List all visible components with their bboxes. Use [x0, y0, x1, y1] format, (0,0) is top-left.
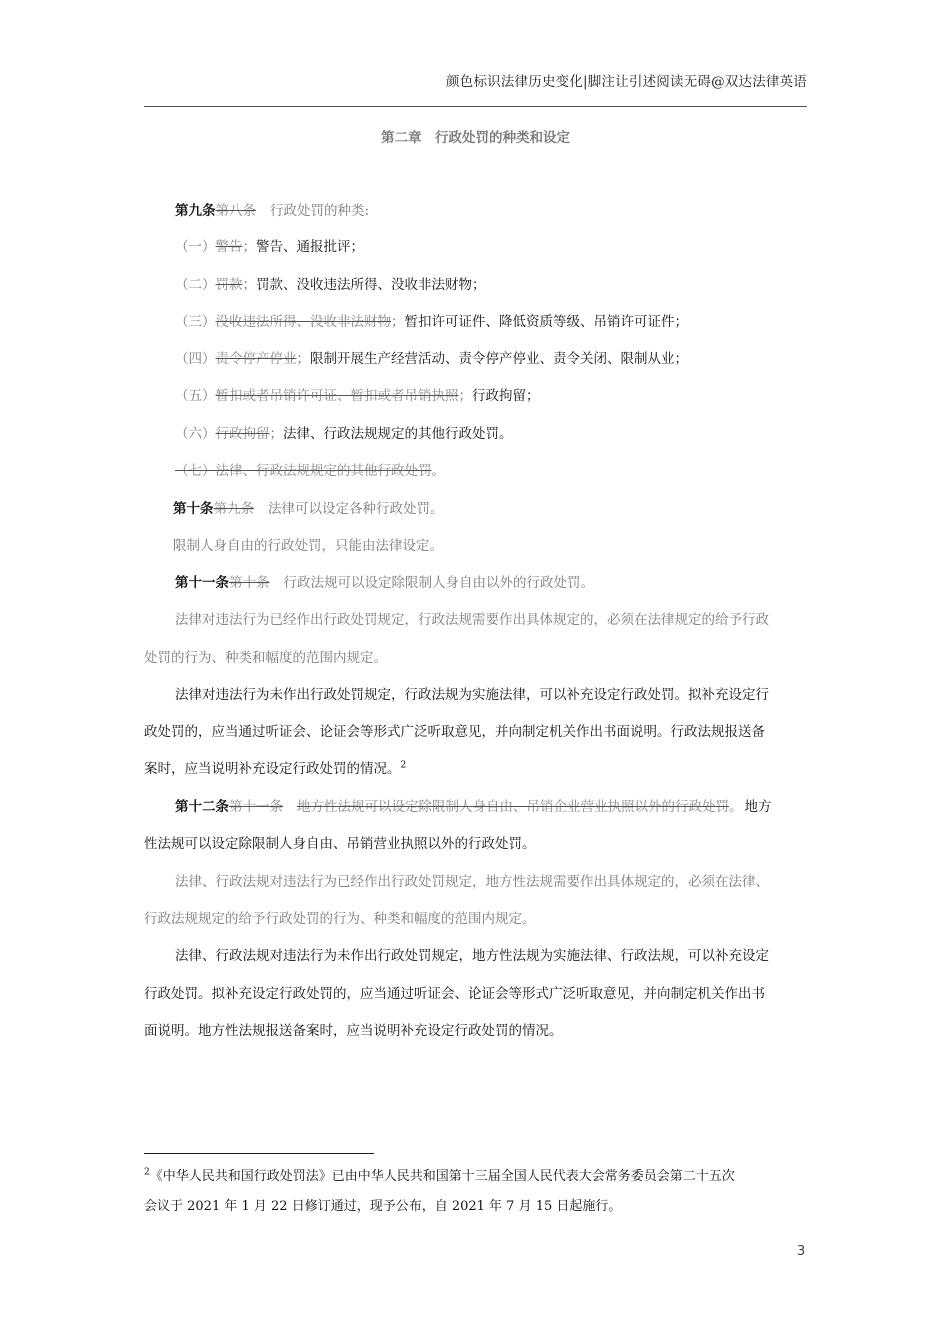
article-intro: 行政处罚的种类:	[270, 203, 369, 219]
paragraph-text: 行政法规可以设定除限制人身自由以外的行政处罚。	[284, 575, 595, 591]
inserted-text: 罚款、没收违法所得、没收非法财物；	[256, 277, 486, 293]
item-number: （五）	[175, 388, 216, 404]
separator: ；	[297, 351, 311, 367]
separator: ；	[391, 314, 405, 330]
paragraph-line: 案时，应当说明补充设定行政处罚的情况。2	[144, 760, 406, 778]
footnote-line: 会议于 2021 年 1 月 22 日修订通过，现予公布，自 2021 年 7 …	[144, 1198, 621, 1216]
item-number: （一）	[175, 239, 216, 255]
list-item: （六）行政拘留；法律、行政法规规定的其他行政处罚。	[175, 425, 513, 443]
paragraph-line: 法律、行政法规对违法行为未作出行政处罚规定，地方性法规为实施法律、行政法规，可以…	[175, 947, 769, 965]
article-label-new: 第十一条	[175, 575, 229, 591]
header-divider	[144, 106, 807, 107]
article-11-heading: 第十一条第十条行政法规可以设定除限制人身自由以外的行政处罚。	[175, 574, 594, 592]
item-number: （六）	[175, 426, 216, 442]
item-number: （二）	[175, 277, 216, 293]
deleted-text: 警告	[216, 239, 243, 255]
separator: 。	[729, 799, 743, 815]
inserted-text: 地方	[745, 799, 772, 815]
paragraph-text: 案时，应当说明补充设定行政处罚的情况。	[144, 761, 401, 777]
inserted-text: 限制开展生产经营活动、责令停产停业、责令关闭、限制从业；	[310, 351, 688, 367]
footnote-reference[interactable]: 2	[401, 761, 407, 771]
paragraph-line: 行政处罚。拟补充设定行政处罚的，应当通过听证会、论证会等形式广泛听取意见，并向制…	[144, 985, 765, 1003]
article-10-heading: 第十条第九条法律可以设定各种行政处罚。	[173, 500, 444, 518]
article-9-heading: 第九条第八条行政处罚的种类:	[175, 202, 369, 220]
article-12-heading: 第十二条第十一条地方性法规可以设定除限制人身自由、吊销企业营业执照以外的行政处罚…	[175, 798, 772, 816]
footnote-divider	[144, 1153, 374, 1154]
article-label-new: 第十二条	[175, 799, 229, 815]
deleted-text: 责令停产停业	[216, 351, 297, 367]
deleted-text: （七）法律、行政法规规定的其他行政处罚	[175, 463, 432, 479]
list-item: （一）警告；警告、通报批评；	[175, 238, 364, 256]
inserted-text: 行政拘留；	[472, 388, 540, 404]
list-item: （四）责令停产停业；限制开展生产经营活动、责令停产停业、责令关闭、限制从业；	[175, 350, 688, 368]
article-label-new: 第九条	[175, 203, 216, 219]
paragraph-line: 法律对违法行为未作出行政处罚规定，行政法规为实施法律，可以补充设定行政处罚。拟补…	[175, 686, 769, 704]
paragraph-line: 行政法规规定的给予行政处罚的行为、种类和幅度的范围内规定。	[144, 910, 536, 928]
deleted-text: 地方性法规可以设定除限制人身自由、吊销企业营业执照以外的行政处罚	[297, 799, 729, 815]
deleted-text: 暂扣或者吊销许可证、暂扣或者吊销执照	[216, 388, 459, 404]
item-number: （三）	[175, 314, 216, 330]
document-page: 颜色标识法律历史变化|脚注让引述阅读无碍@双达法律英语 第二章 行政处罚的种类和…	[0, 0, 950, 1344]
footnote-text: 《中华人民共和国行政处罚法》已由中华人民共和国第十三届全国人民代表大会常务委员会…	[150, 1169, 735, 1184]
article-label-old: 第十一条	[229, 799, 283, 815]
article-label-new: 第十条	[173, 501, 214, 517]
article-label-old: 第十条	[229, 575, 270, 591]
paragraph-line: 处罚的行为、种类和幅度的范围内规定。	[144, 649, 387, 667]
list-item: （二）罚款；罚款、没收违法所得、没收非法财物；	[175, 276, 486, 294]
article-label-old: 第九条	[214, 501, 255, 517]
footnote-line: 2《中华人民共和国行政处罚法》已由中华人民共和国第十三届全国人民代表大会常务委员…	[144, 1168, 735, 1186]
page-number: 3	[797, 1244, 805, 1259]
paragraph-line: 法律、行政法规对违法行为已经作出行政处罚规定，地方性法规需要作出具体规定的，必须…	[175, 873, 769, 891]
chapter-title: 第二章 行政处罚的种类和设定	[144, 126, 807, 146]
list-item: （五）暂扣或者吊销许可证、暂扣或者吊销执照；行政拘留；	[175, 387, 540, 405]
paragraph-line: 性法规可以设定除限制人身自由、吊销营业执照以外的行政处罚。	[144, 835, 536, 853]
list-item: （三）没收违法所得、没收非法财物；暂扣许可证件、降低资质等级、吊销许可证件；	[175, 313, 688, 331]
separator: 。	[432, 463, 446, 479]
paragraph-line: 面说明。地方性法规报送备案时，应当说明补充设定行政处罚的情况。	[144, 1022, 563, 1040]
deleted-text: 没收违法所得、没收非法财物	[216, 314, 392, 330]
paragraph: 限制人身自由的行政处罚，只能由法律设定。	[173, 537, 443, 555]
paragraph-line: 法律对违法行为已经作出行政处罚规定，行政法规需要作出具体规定的，必须在法律规定的…	[175, 611, 769, 629]
paragraph-text: 法律可以设定各种行政处罚。	[268, 501, 444, 517]
deleted-list-item: （七）法律、行政法规规定的其他行政处罚。	[175, 462, 445, 480]
article-label-old: 第八条	[216, 203, 257, 219]
inserted-text: 警告、通报批评；	[256, 239, 364, 255]
separator: ；	[459, 388, 473, 404]
separator: ；	[243, 277, 257, 293]
running-header: 颜色标识法律历史变化|脚注让引述阅读无碍@双达法律英语	[446, 70, 807, 90]
paragraph-line: 政处罚的，应当通过听证会、论证会等形式广泛听取意见，并向制定机关作出书面说明。行…	[144, 723, 765, 741]
inserted-text: 暂扣许可证件、降低资质等级、吊销许可证件；	[405, 314, 689, 330]
separator: ；	[270, 426, 284, 442]
deleted-text: 罚款	[216, 277, 243, 293]
item-number: （四）	[175, 351, 216, 367]
separator: ；	[243, 239, 257, 255]
inserted-text: 法律、行政法规规定的其他行政处罚。	[283, 426, 513, 442]
deleted-text: 行政拘留	[216, 426, 270, 442]
